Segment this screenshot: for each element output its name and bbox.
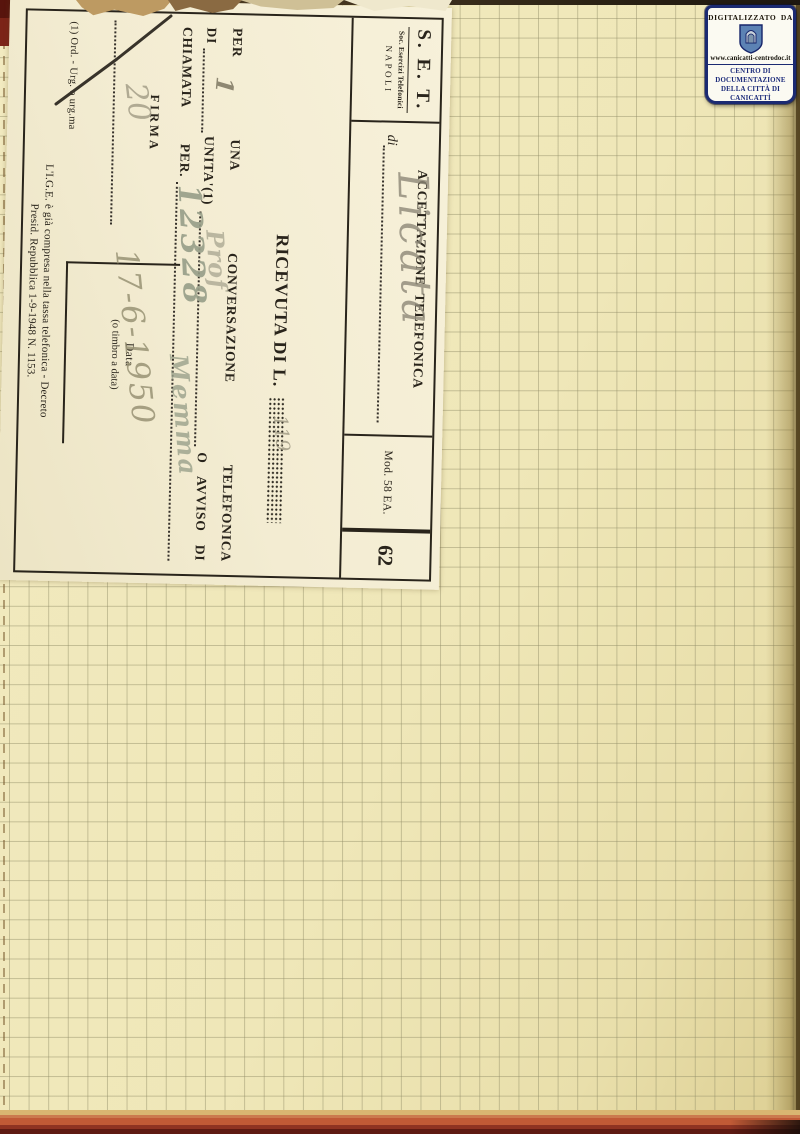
word-telefonica: TELEFONICA — [217, 465, 235, 563]
date-box: Data (o timbro a data) 17-6-1950 — [62, 261, 180, 446]
serial-cell: 62 — [341, 532, 430, 580]
model-cell: Mod. 58 EA. — [342, 436, 432, 534]
page-right-shadow — [766, 0, 800, 1134]
receipt-title: ACCETTAZIONE TELEFONICA — [409, 135, 432, 423]
di-label: di — [383, 134, 399, 145]
di-word: DI — [203, 27, 219, 44]
avviso-label: O AVVISO DI — [191, 452, 209, 561]
bottom-right-corner-shadow — [730, 1120, 800, 1134]
company-divider — [407, 27, 410, 113]
signature-block: FIRMA 20 — [110, 20, 164, 225]
word-per: PER — [229, 28, 246, 58]
di-dots-1: 1 — [201, 48, 218, 132]
serial-number: 62 — [373, 545, 398, 567]
telephone-receipt: S. E. T. Soc. Esercizi Telefonici NAPOLI… — [0, 0, 452, 590]
page-right-edge — [796, 0, 800, 1134]
per-una-conversazione-line: PER UNA CONVERSAZIONE TELEFONICA — [217, 28, 245, 562]
legal-footer: L'I.G.E. è già compresa nella tassa tele… — [19, 10, 59, 570]
amount-dotted-block: 119 — [266, 397, 285, 523]
book-binding-bottom — [0, 1110, 800, 1134]
ricevuta-label: RICEVUTA DI L. — [268, 234, 292, 388]
firma-label: FIRMA — [144, 21, 164, 225]
company-city: NAPOLI — [382, 18, 394, 120]
stamp-url: www.canicatti-centrodoc.it — [708, 55, 793, 62]
per-word: PER. — [176, 144, 193, 178]
receipt-frame: S. E. T. Soc. Esercizi Telefonici NAPOLI… — [13, 8, 444, 581]
di-dots-2: Prof — [194, 211, 214, 446]
stamp-organization: CENTRO DI DOCUMENTAZIONE DELLA CITTÀ DI … — [708, 64, 793, 103]
word-conversazione: CONVERSAZIONE — [221, 253, 240, 383]
model-label: Mod. 58 EA. — [380, 450, 393, 515]
company-subtitle: Soc. Esercizi Telefonici — [395, 19, 406, 121]
company-name: S. E. T. — [410, 19, 434, 121]
digitization-stamp: DIGITALIZZATO DA www.canicatti-centrodoc… — [705, 5, 796, 104]
stamp-org-line1: CENTRO DI DOCUMENTAZIONE — [708, 67, 793, 85]
stamp-title: DIGITALIZZATO DA — [708, 13, 793, 22]
unita-label: UNITA'(1) — [199, 136, 217, 206]
date-sublabel: (o timbro a data) — [108, 319, 121, 389]
chiamata-gap — [177, 108, 178, 144]
di-unita-line: DI 1 UNITA'(1) Prof O AVVISO DI — [191, 27, 219, 561]
receipt-header: S. E. T. Soc. Esercizi Telefonici NAPOLI… — [339, 18, 442, 580]
acceptance-cell: ACCETTAZIONE TELEFONICA di Licata — [344, 122, 439, 438]
handwritten-amount: 119 — [269, 415, 294, 453]
ricevuta-row: RICEVUTA DI L. 119 — [265, 234, 293, 524]
di-dotted-line: Licata — [377, 145, 398, 422]
receipt-body: RICEVUTA DI L. 119 PER UNA CONVERSAZIONE… — [15, 10, 350, 577]
word-una: UNA — [226, 139, 243, 171]
company-cell: S. E. T. Soc. Esercizi Telefonici NAPOLI — [351, 18, 441, 124]
footnote: (1) Ord. - Urg. o urg.ma — [66, 21, 79, 130]
canicatti-shield-icon — [738, 24, 764, 54]
stamp-org-line2: DELLA CITTÀ DI CANICATTÌ — [708, 85, 793, 103]
di-field-row: di Licata — [377, 134, 400, 422]
firma-dotted-line: 20 — [110, 20, 119, 224]
chiamata-word: CHIAMATA — [178, 27, 196, 108]
date-label: Data — [123, 343, 136, 367]
